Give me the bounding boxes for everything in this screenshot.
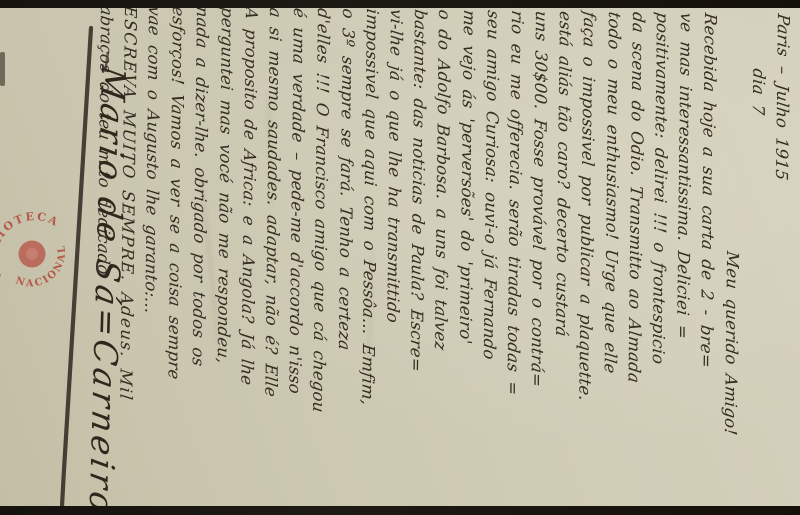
handwritten-letter-text: Paris – Julho 1915 dia 7 Meu querido Ami… [87,8,795,507]
scan-border-bottom [0,506,800,515]
edge-smudge [0,52,5,86]
postcard-scan: Paris – Julho 1915 dia 7 Meu querido Ami… [0,8,800,507]
